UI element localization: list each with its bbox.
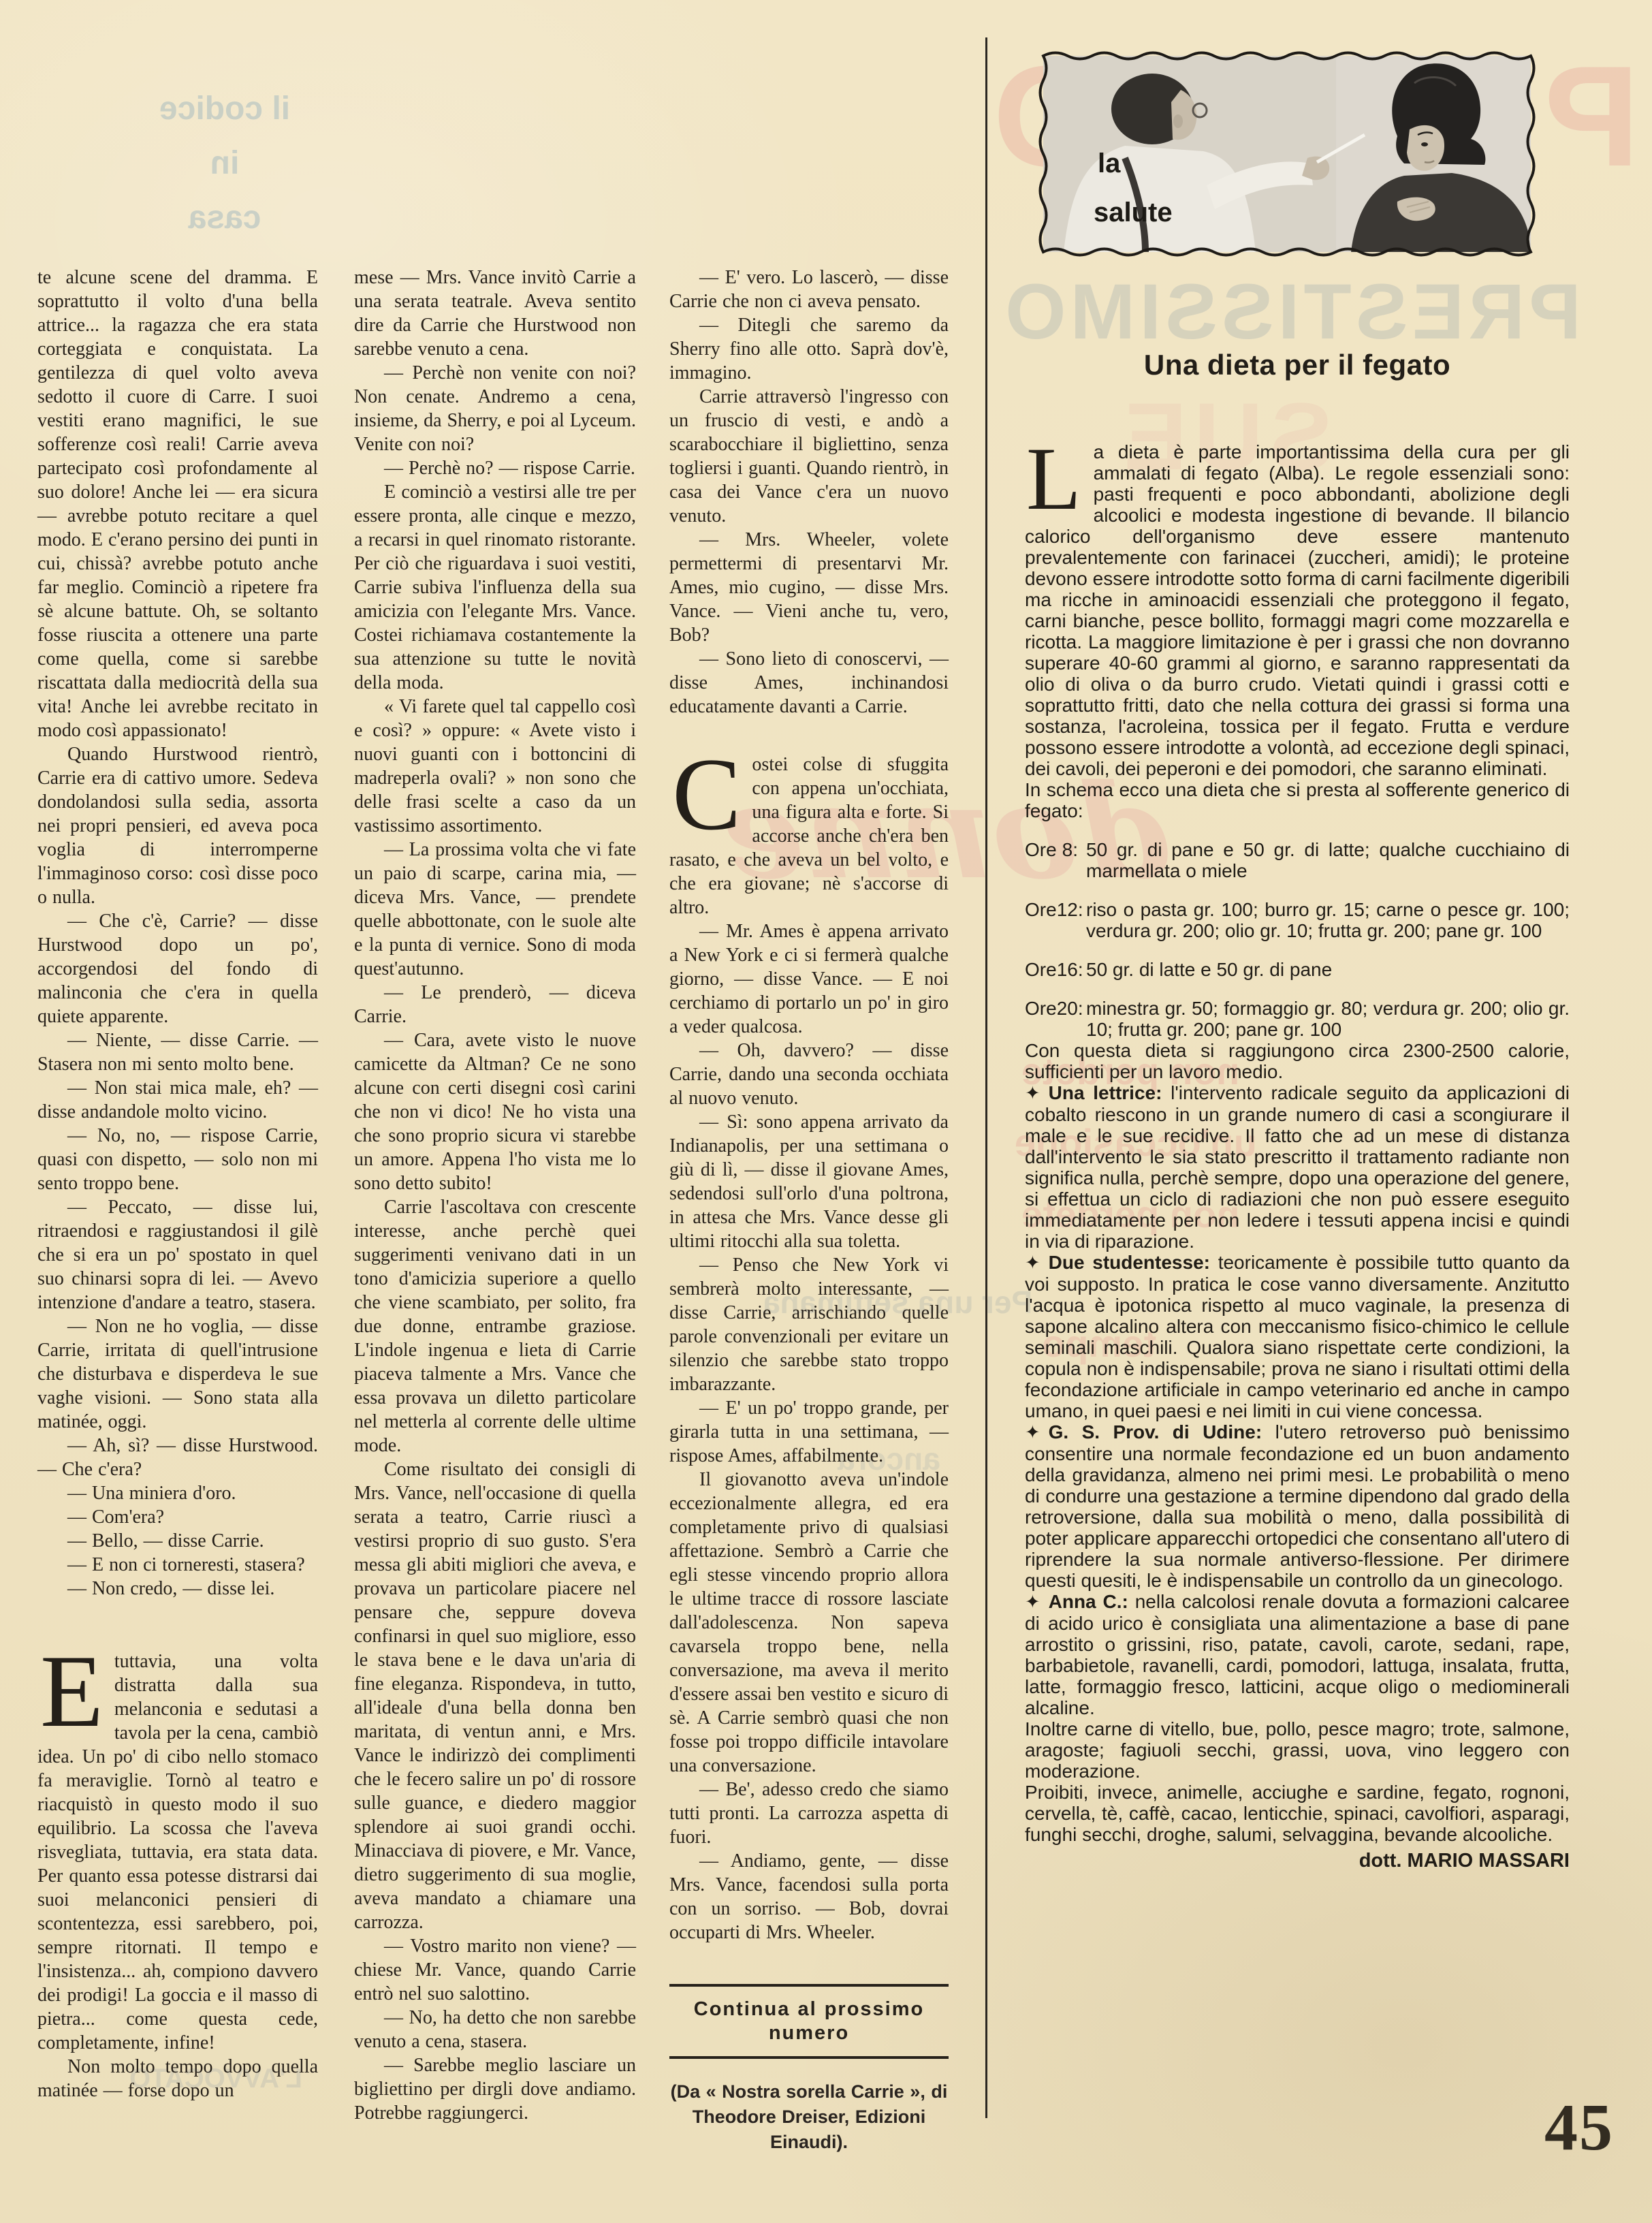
- column-divider: [985, 37, 987, 2118]
- paragraph: — Che c'è, Carrie? — disse Hurstwood dop…: [37, 909, 318, 1028]
- qa-text: teoricamente è possibile tutto quanto da…: [1025, 1252, 1570, 1421]
- diet-ore: Ore: [1025, 899, 1057, 920]
- paragraph: — Peccato, — disse lui, ritraendosi e ra…: [37, 1195, 318, 1314]
- intro-paragraph: La dieta è parte importantissima della c…: [1025, 441, 1570, 779]
- paragraph: — Cara, avete visto le nuove camicette d…: [354, 1028, 636, 1195]
- qa-entry: ✦G. S. Prov. di Udine: l'utero retrovers…: [1025, 1421, 1570, 1591]
- diet-row: Ore 16: 50 gr. di latte e 50 gr. di pane: [1025, 959, 1570, 980]
- section-kicker-line2: salute: [1094, 198, 1173, 228]
- paragraph: — Non credo, — disse lei.: [37, 1577, 318, 1601]
- paragraph: — Una miniera d'oro.: [37, 1481, 318, 1505]
- health-article-body: La dieta è parte importantissima della c…: [1025, 441, 1570, 1872]
- novel-column-2: mese — Mrs. Vance invitò Carrie a una se…: [354, 266, 636, 2125]
- paragraph: — Perchè no? — rispose Carrie.: [354, 456, 636, 480]
- novel-column-1: te alcune scene del dramma. E soprattutt…: [37, 266, 318, 2102]
- dropcap-letter: E: [37, 1650, 114, 1729]
- diet-hour: 20:: [1057, 998, 1083, 1019]
- paragraph: Quando Hurstwood rientrò, Carrie era di …: [37, 742, 318, 909]
- diet-hour: 16:: [1057, 959, 1083, 980]
- diet-hour: 12:: [1057, 899, 1083, 920]
- paragraph: — Niente, — disse Carrie. — Stasera non …: [37, 1028, 318, 1076]
- qa-entry: ✦Due studentesse: teoricamente è possibi…: [1025, 1252, 1570, 1421]
- paragraph: — Mr. Ames è appena arrivato a New York …: [669, 919, 949, 1039]
- article-title: Una dieta per il fegato: [1025, 349, 1570, 381]
- paragraph: — Sono lieto di conoscervi, — disse Ames…: [669, 647, 949, 719]
- diet-time-label: Ore 12:: [1025, 899, 1078, 920]
- paragraph: — Oh, davvero? — disse Carrie, dando una…: [669, 1039, 949, 1110]
- paragraph: — No, ha detto che non sarebbe venuto a …: [354, 2006, 636, 2053]
- paragraph: — Penso che New York vi sembrerà molto i…: [669, 1253, 949, 1396]
- paragraph: — E' vero. Lo lascerò, — disse Carrie ch…: [669, 266, 949, 313]
- paragraph: Non molto tempo dopo quella matinée — fo…: [37, 2055, 318, 2102]
- diet-text: 50 gr. di pane e 50 gr. di latte; qualch…: [1086, 839, 1570, 881]
- paragraph: — Com'era?: [37, 1505, 318, 1529]
- novel-column-3-bottom: ostei colse di sfuggita con appena un'oc…: [669, 753, 949, 1944]
- continuation-notice: Continua al prossimo numero: [669, 1984, 949, 2059]
- diet-text: minestra gr. 50; formaggio gr. 80; verdu…: [1086, 998, 1570, 1040]
- paragraph: « Vi farete quel tal cappello così e cos…: [354, 695, 636, 838]
- qa-name: Una lettrice:: [1049, 1082, 1162, 1103]
- paragraph: — Andiamo, gente, — disse Mrs. Vance, fa…: [669, 1849, 949, 1944]
- diet-row: Ore 20: minestra gr. 50; formaggio gr. 8…: [1025, 998, 1570, 1040]
- diet-time-label: Ore 8:: [1025, 839, 1078, 860]
- paragraph: — La prossima volta che vi fate un paio …: [354, 838, 636, 981]
- qa-text: l'intervento radicale seguito da applica…: [1025, 1082, 1570, 1252]
- paragraph: — Ah, sì? — disse Hurstwood. — Che c'era…: [37, 1434, 318, 1481]
- qa-entry: ✦Una lettrice: l'intervento radicale seg…: [1025, 1082, 1570, 1252]
- paragraph: — Be', adesso credo che siamo tutti pron…: [669, 1778, 949, 1849]
- bleedthrough-text: PRESTISSIMO: [1001, 267, 1581, 357]
- paragraph: — Perchè non venite con noi? Non cenate.…: [354, 361, 636, 456]
- paragraph: — Ditegli che saremo da Sherry fino alle…: [669, 313, 949, 385]
- paragraph: mese — Mrs. Vance invitò Carrie a una se…: [354, 266, 636, 361]
- dropcap-letter: C: [669, 753, 752, 832]
- schema-intro: In schema ecco una dieta che si presta a…: [1025, 779, 1570, 821]
- diamond-icon: ✦: [1025, 1592, 1041, 1612]
- qa-entry: ✦Anna C.: nella calcolosi renale dovuta …: [1025, 1591, 1570, 1718]
- bleedthrough-text: il codice in casa: [123, 82, 327, 245]
- author-signature: dott. MARIO MASSARI: [1025, 1850, 1570, 1872]
- bleedthrough-line: il codice: [123, 82, 327, 136]
- qa-name: Anna C.:: [1049, 1591, 1128, 1612]
- diet-row: Ore 8: 50 gr. di pane e 50 gr. di latte;…: [1025, 839, 1570, 881]
- section-kicker-line1: la: [1098, 148, 1120, 179]
- qa-text: l'utero retroverso può benissimo consent…: [1025, 1421, 1570, 1591]
- diet-row: Ore 12: riso o pasta gr. 100; burro gr. …: [1025, 899, 1570, 941]
- paragraph: — Non ne ho voglia, — disse Carrie, irri…: [37, 1314, 318, 1434]
- novel-column-1-dropcap-section: E tuttavia, una volta distratta dalla su…: [37, 1650, 318, 2102]
- paragraph: — Non stai mica male, eh? — disse andand…: [37, 1076, 318, 1124]
- paragraph: — E non ci torneresti, stasera?: [37, 1553, 318, 1577]
- paragraph: Come risultato dei consigli di Mrs. Vanc…: [354, 1457, 636, 1934]
- diamond-icon: ✦: [1025, 1252, 1041, 1273]
- novel-column-3-top: — E' vero. Lo lascerò, — disse Carrie ch…: [669, 266, 949, 719]
- paragraph: — Le prenderò, — diceva Carrie.: [354, 981, 636, 1028]
- source-citation: (Da « Nostra sorella Carrie », di Theodo…: [669, 2079, 949, 2155]
- intro-text: a dieta è parte importantissima della cu…: [1025, 441, 1570, 779]
- paragraph: — Mrs. Wheeler, volete permettermi di pr…: [669, 528, 949, 647]
- paragraph: E cominciò a vestirsi alle tre per esser…: [354, 480, 636, 695]
- paragraph: Carrie l'ascoltava con crescente interes…: [354, 1195, 636, 1457]
- allowed-foods: Inoltre carne di vitello, bue, pollo, pe…: [1025, 1718, 1570, 1782]
- paragraph: Carrie attraversò l'ingresso con un frus…: [669, 385, 949, 528]
- paragraph: — Sì: sono appena arrivato da Indianapol…: [669, 1110, 949, 1253]
- diet-text: 50 gr. di latte e 50 gr. di pane: [1086, 959, 1570, 980]
- diet-text: riso o pasta gr. 100; burro gr. 15; carn…: [1086, 899, 1570, 941]
- diet-ore: Ore: [1025, 959, 1057, 980]
- diet-time-label: Ore 20:: [1025, 998, 1078, 1019]
- paragraph: — Bello, — disse Carrie.: [37, 1529, 318, 1553]
- diamond-icon: ✦: [1025, 1422, 1041, 1442]
- qa-name: Due studentesse:: [1049, 1252, 1210, 1273]
- page-number: 45: [1544, 2090, 1614, 2166]
- paragraph: Il giovanotto aveva un'indole eccezional…: [669, 1468, 949, 1778]
- qa-name: G. S. Prov. di Udine:: [1049, 1421, 1262, 1442]
- paragraph: — No, no, — rispose Carrie, quasi con di…: [37, 1124, 318, 1195]
- diamond-icon: ✦: [1025, 1083, 1041, 1103]
- novel-column-3-dropcap-section: C ostei colse di sfuggita con appena un'…: [669, 753, 949, 1944]
- paragraph: — E' un po' troppo grande, per girarla t…: [669, 1396, 949, 1468]
- diet-ore: Ore: [1025, 998, 1057, 1019]
- bleedthrough-line: in: [123, 136, 327, 191]
- paragraph: — Sarebbe meglio lasciare un bigliettino…: [354, 2053, 636, 2125]
- paragraph: — Vostro marito non viene? — chiese Mr. …: [354, 1934, 636, 2006]
- calories-note: Con questa dieta si raggiungono circa 23…: [1025, 1040, 1570, 1082]
- dropcap-letter: L: [1025, 441, 1094, 511]
- paragraph: te alcune scene del dramma. E soprattutt…: [37, 266, 318, 742]
- diet-time-label: Ore 16:: [1025, 959, 1078, 980]
- novel-column-3: — E' vero. Lo lascerò, — disse Carrie ch…: [669, 266, 949, 2155]
- forbidden-foods: Proibiti, invece, animelle, acciughe e s…: [1025, 1782, 1570, 1845]
- diet-hour: 8:: [1062, 839, 1078, 860]
- diet-ore: Ore: [1025, 839, 1057, 860]
- bleedthrough-line: casa: [123, 191, 327, 245]
- novel-column-1-top: te alcune scene del dramma. E soprattutt…: [37, 266, 318, 1601]
